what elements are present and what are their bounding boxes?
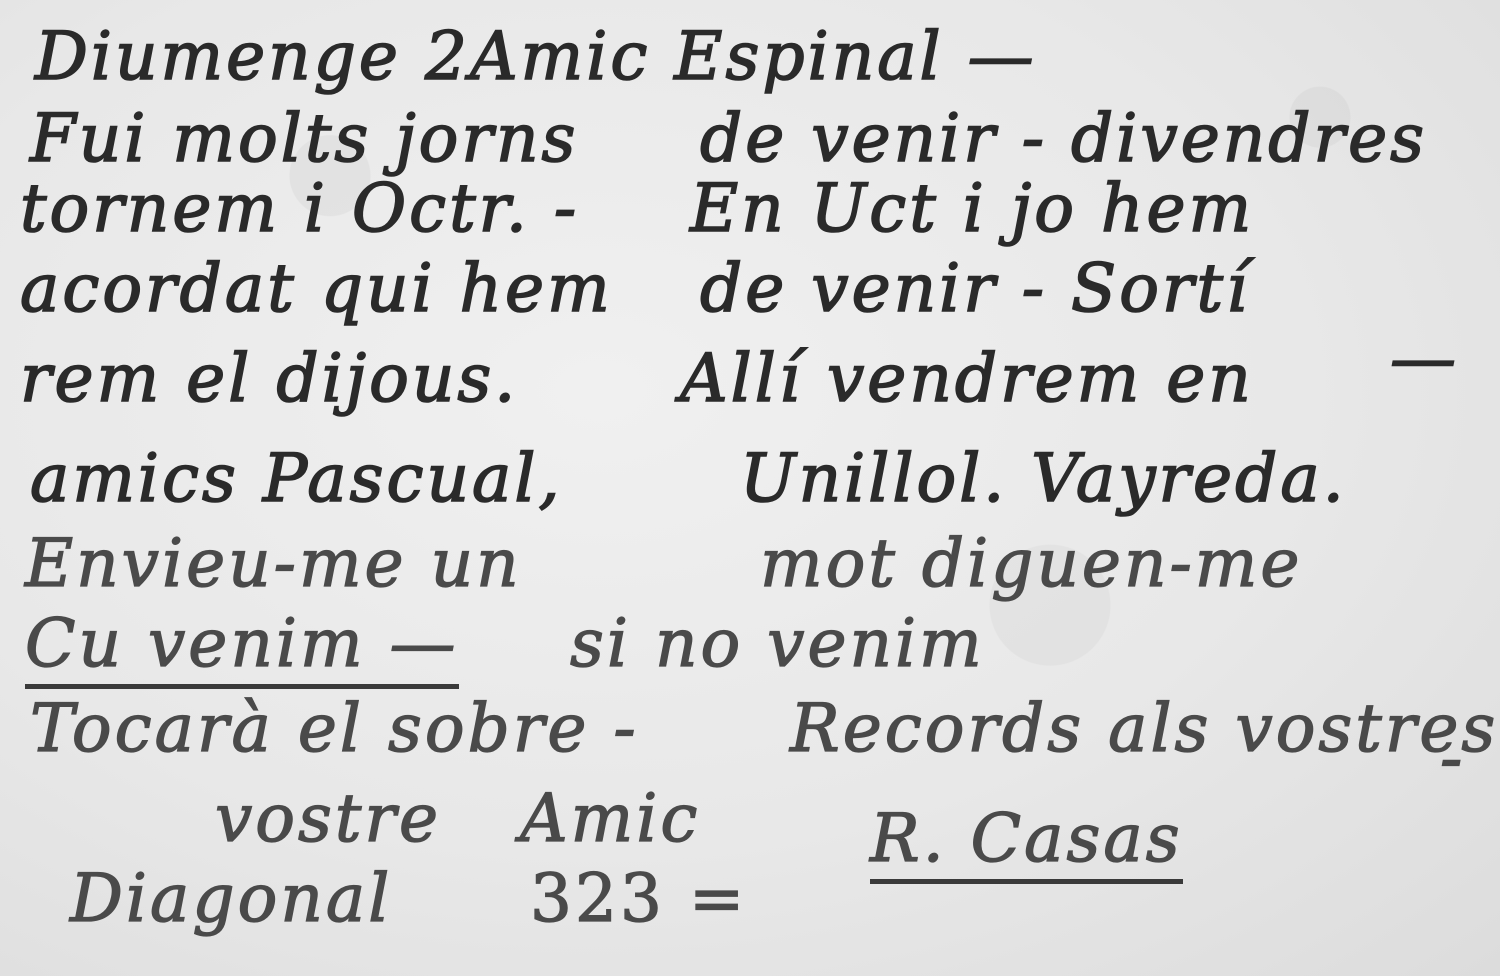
line-text: Fui molts jorns bbox=[30, 100, 578, 177]
line-text: de venir - Sortí bbox=[700, 250, 1250, 327]
signature: R. Casas bbox=[870, 800, 1183, 884]
line-text: Amic Espinal — bbox=[470, 18, 1037, 95]
line-text: En Uct i jo hem bbox=[690, 170, 1254, 247]
line-text: amics Pascual, bbox=[30, 440, 562, 517]
address-label: Diagonal bbox=[70, 860, 392, 937]
postcard: Diumenge 2 Amic Espinal — Fui molts jorn… bbox=[0, 0, 1500, 976]
line-text: Allí vendrem en bbox=[680, 340, 1254, 417]
line-text: Records als vostres bbox=[790, 690, 1498, 767]
line-text: tornem i Octr. - bbox=[20, 170, 579, 247]
line-text: si no venim bbox=[570, 605, 985, 682]
line-text: mot diguen-me bbox=[760, 525, 1302, 602]
line-text: Unillol. Vayreda. bbox=[740, 440, 1347, 517]
line-text: Envieu-me un bbox=[25, 525, 522, 602]
line-text: Tocarà el sobre - bbox=[30, 690, 639, 767]
line-dash: — bbox=[1390, 320, 1459, 397]
line-text: de venir - divendres bbox=[700, 100, 1427, 177]
line-dash: - bbox=[1440, 720, 1465, 797]
line-text: Diumenge 2 bbox=[35, 18, 470, 95]
closing-amic: Amic bbox=[520, 780, 700, 857]
line-text: rem el dijous. bbox=[20, 340, 518, 417]
address-number: 323 = bbox=[530, 860, 747, 937]
line-text: Cu venim — bbox=[25, 605, 459, 689]
line-text: acordat qui hem bbox=[20, 250, 613, 327]
closing-text: vostre bbox=[215, 780, 441, 857]
